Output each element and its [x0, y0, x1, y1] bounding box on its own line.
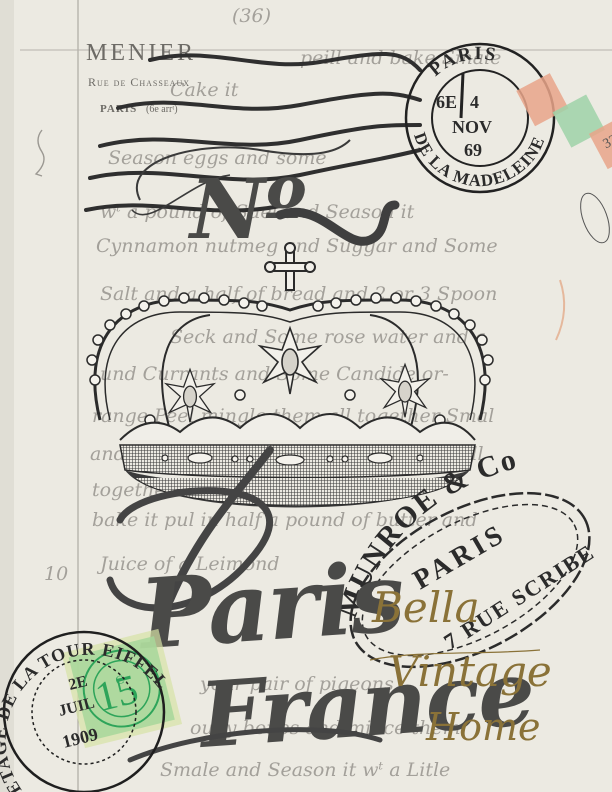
letterhead-name: MENIER — [86, 40, 196, 66]
watermark-bella: Bella — [371, 583, 480, 632]
handwriting-line: Seck and Some rose water and a — [170, 326, 486, 348]
postmark-center-line1: 6E — [436, 92, 457, 112]
letterhead-arrondissement: (6e arrᵗ) — [146, 104, 178, 115]
postmark-center-line2: 4 — [470, 92, 479, 112]
letterhead-street: Rue de Chasseaux — [88, 75, 190, 89]
svg-text:10: 10 — [44, 563, 68, 585]
postmark-center-line4: 69 — [464, 140, 482, 160]
page-number: (36) — [232, 5, 271, 27]
vintage-collage-artwork: (36) peill and bake Smale Cake it Season… — [0, 0, 612, 792]
postmark-center-line3: NOV — [452, 117, 492, 137]
watermark-home: Home — [425, 705, 541, 749]
